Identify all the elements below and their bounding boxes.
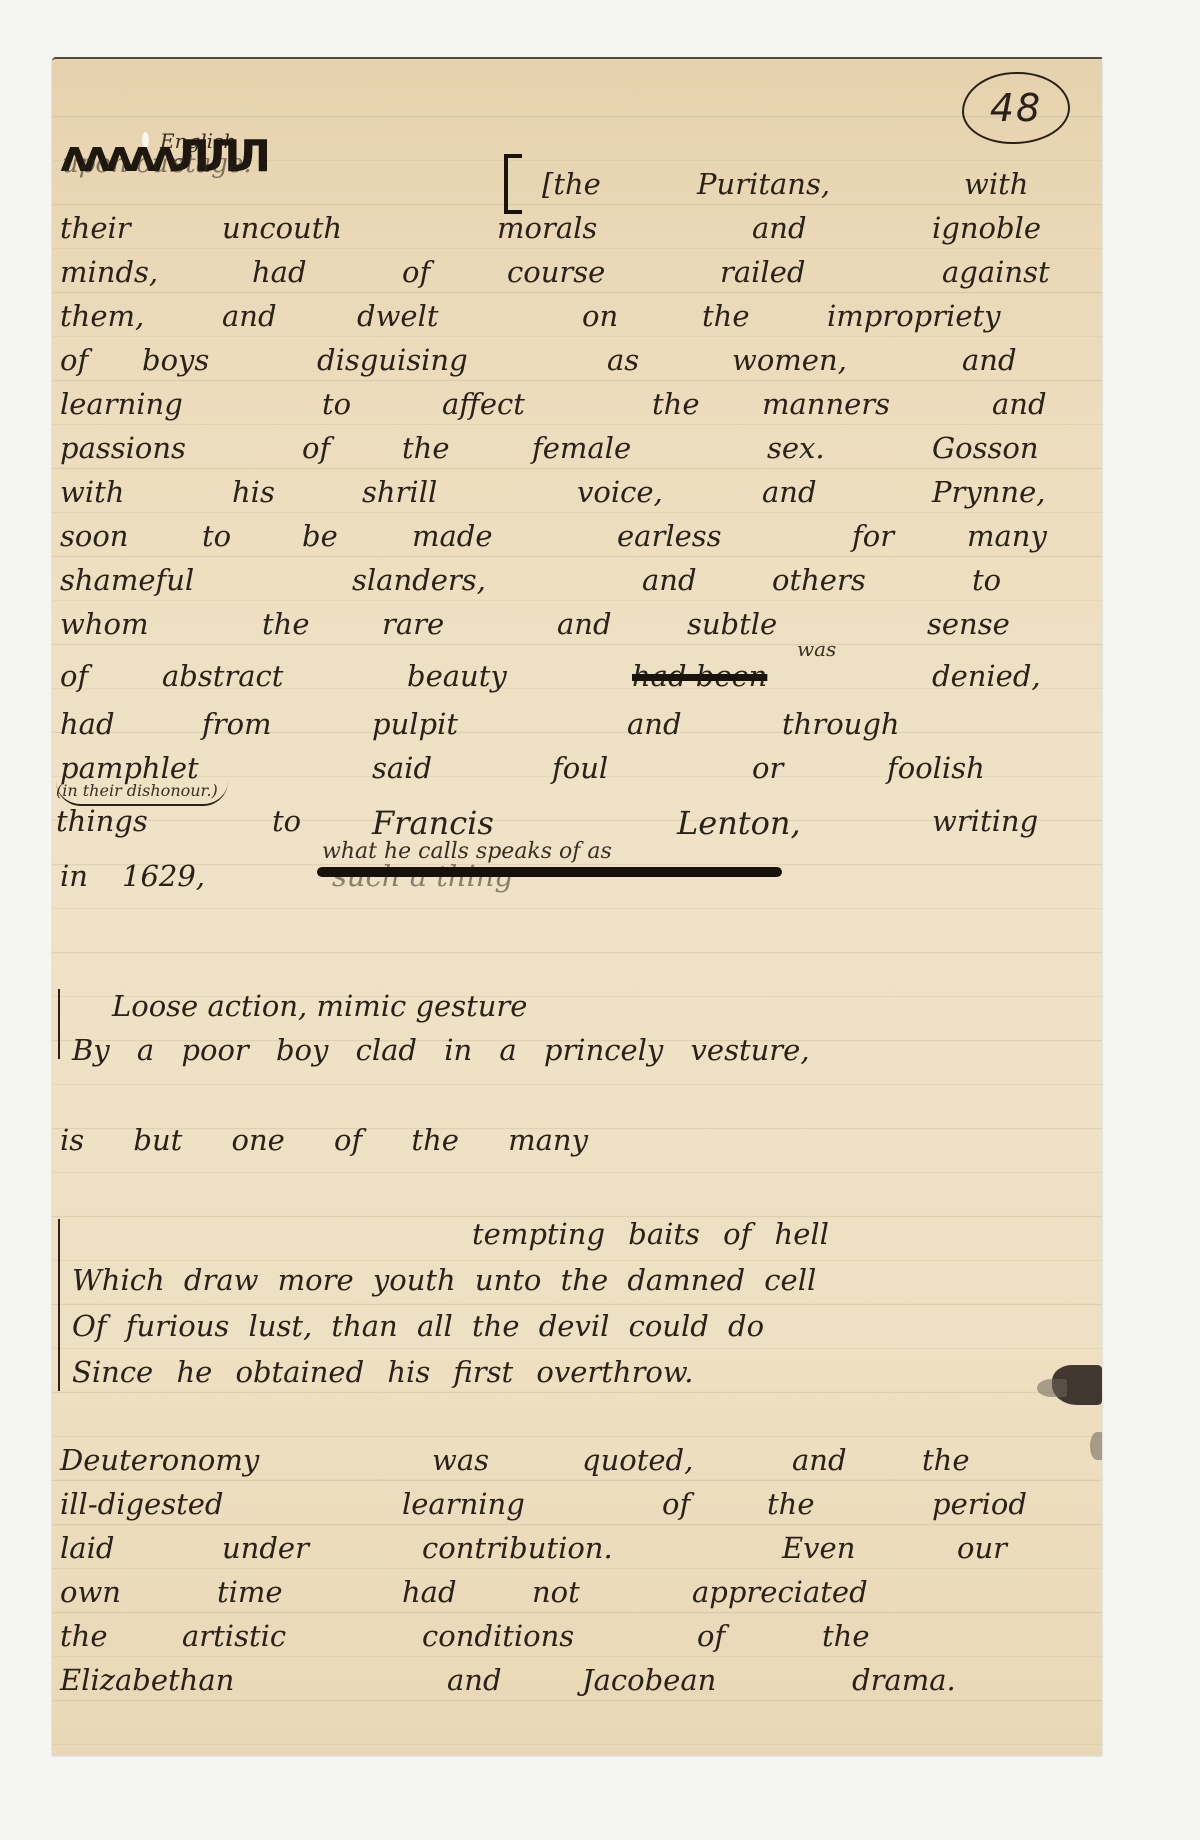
word: sense [927, 607, 1010, 641]
word: whom [60, 607, 148, 641]
word: passions [60, 431, 186, 465]
word: time [217, 1575, 283, 1609]
word: pulpit [372, 707, 458, 741]
word: the [60, 1619, 108, 1653]
ink-blot-faint [1090, 1432, 1102, 1460]
word: had [60, 707, 115, 741]
word: period [932, 1487, 1027, 1521]
word: denied, [932, 659, 1041, 693]
word: dwelt [357, 299, 438, 333]
word: manners [762, 387, 890, 421]
manuscript-page: 48 English ʌʌʌʌʌЛЛЛ upon our stage. [the… [52, 57, 1102, 1755]
word: with [964, 167, 1028, 201]
word: Even [782, 1531, 855, 1565]
word: ignoble [932, 211, 1041, 245]
word: female [532, 431, 631, 465]
word: the [767, 1487, 815, 1521]
word: said [372, 751, 432, 785]
word: had [402, 1575, 457, 1609]
word: from [202, 707, 272, 741]
word: and [992, 387, 1047, 421]
quote-line: Since he obtained his first overthrow. [72, 1355, 694, 1389]
word: and [447, 1663, 502, 1697]
word: of [60, 343, 88, 377]
word: [the [542, 167, 601, 201]
word: pamphlet [60, 751, 199, 785]
word: conditions [422, 1619, 574, 1653]
word: things [56, 804, 148, 838]
word: earless [617, 519, 722, 553]
word: shameful [60, 563, 194, 597]
page-number: 48 [990, 86, 1042, 130]
word: through [782, 707, 900, 741]
word: our [957, 1531, 1007, 1565]
word: foolish [887, 751, 985, 785]
quote-line: Loose action, mimic gesture [112, 989, 527, 1023]
word: Francis [372, 804, 494, 842]
word: voice, [577, 475, 663, 509]
word: the [702, 299, 750, 333]
word: their [60, 211, 131, 245]
word: the [822, 1619, 870, 1653]
word: course [507, 255, 605, 289]
word: foul [552, 751, 608, 785]
struck-word: upon our [62, 149, 181, 179]
word: of [402, 255, 430, 289]
word: others [772, 563, 866, 597]
word: to [972, 563, 1001, 597]
quote-bracket [58, 1219, 60, 1391]
quote-line: By a poor boy clad in a princely vesture… [72, 1033, 810, 1067]
word: had [252, 255, 307, 289]
word: slanders, [352, 563, 486, 597]
word: against [942, 255, 1050, 289]
word: Elizabethan [60, 1663, 234, 1697]
word: in [60, 859, 88, 893]
word: beauty [407, 659, 507, 693]
word: and [962, 343, 1017, 377]
insertion-was: was [797, 637, 836, 661]
word: them, [60, 299, 144, 333]
word: his [232, 475, 275, 509]
connector-text: is but one of the many [60, 1123, 588, 1157]
word: not [532, 1575, 580, 1609]
word: the [262, 607, 310, 641]
word: morals [497, 211, 597, 245]
word: as [607, 343, 639, 377]
page-number-circle: 48 [962, 72, 1070, 144]
word: disguising [317, 343, 468, 377]
word: laid [60, 1531, 114, 1565]
word: women, [732, 343, 847, 377]
quote-bracket [58, 989, 60, 1059]
open-bracket [504, 154, 522, 214]
word: under [222, 1531, 309, 1565]
word: abstract [162, 659, 283, 693]
word: ill-digested [60, 1487, 223, 1521]
word: learning [402, 1487, 525, 1521]
word: and [762, 475, 817, 509]
word: railed [720, 255, 805, 289]
word: contribution. [422, 1531, 613, 1565]
quote-line: tempting baits of hell [472, 1217, 829, 1251]
word: Gosson [932, 431, 1039, 465]
word: of [302, 431, 330, 465]
word: subtle [687, 607, 777, 641]
word: the [922, 1443, 970, 1477]
struck-word: stage. [172, 149, 252, 179]
insertion-dishonour: (in their dishonour.) [56, 781, 228, 806]
word: and [792, 1443, 847, 1477]
word: was [432, 1443, 489, 1477]
word: and [627, 707, 682, 741]
word: Puritans, [697, 167, 830, 201]
word: minds, [60, 255, 158, 289]
word: the [402, 431, 450, 465]
word: and [642, 563, 697, 597]
quote-line: Of furious lust, than all the devil coul… [72, 1309, 764, 1343]
word: of [697, 1619, 725, 1653]
word: the [652, 387, 700, 421]
word: of [662, 1487, 690, 1521]
word: sex. [767, 431, 825, 465]
word: and [222, 299, 277, 333]
word: Deuteronomy [60, 1443, 259, 1477]
word: appreciated [692, 1575, 868, 1609]
word: and [557, 607, 612, 641]
word: affect [442, 387, 525, 421]
word: or [752, 751, 783, 785]
word: Jacobean [582, 1663, 716, 1697]
word: of [60, 659, 88, 693]
word: boys [142, 343, 209, 377]
word: many [967, 519, 1047, 553]
word: uncouth [222, 211, 342, 245]
word: artistic [182, 1619, 286, 1653]
word: learning [60, 387, 183, 421]
word: rare [382, 607, 444, 641]
heavy-strikethrough [317, 867, 782, 877]
word: shrill [362, 475, 437, 509]
word: for [852, 519, 894, 553]
word: on [582, 299, 618, 333]
word: own [60, 1575, 121, 1609]
word: be [302, 519, 338, 553]
word: impropriety [827, 299, 1001, 333]
word: with [60, 475, 124, 509]
word: quoted, [582, 1443, 693, 1477]
quote-line: Which draw more youth unto the damned ce… [72, 1263, 816, 1297]
word: soon [60, 519, 128, 553]
word: 1629, [122, 859, 205, 893]
word: drama. [852, 1663, 956, 1697]
word: to [202, 519, 231, 553]
word: and [752, 211, 807, 245]
word: to [322, 387, 351, 421]
struck-word: had been [632, 659, 767, 693]
ink-blot-faint [1037, 1379, 1067, 1397]
word: made [412, 519, 493, 553]
word: Lenton, [677, 804, 801, 842]
word: writing [932, 804, 1038, 838]
word: to [272, 804, 301, 838]
word: Prynne, [932, 475, 1046, 509]
